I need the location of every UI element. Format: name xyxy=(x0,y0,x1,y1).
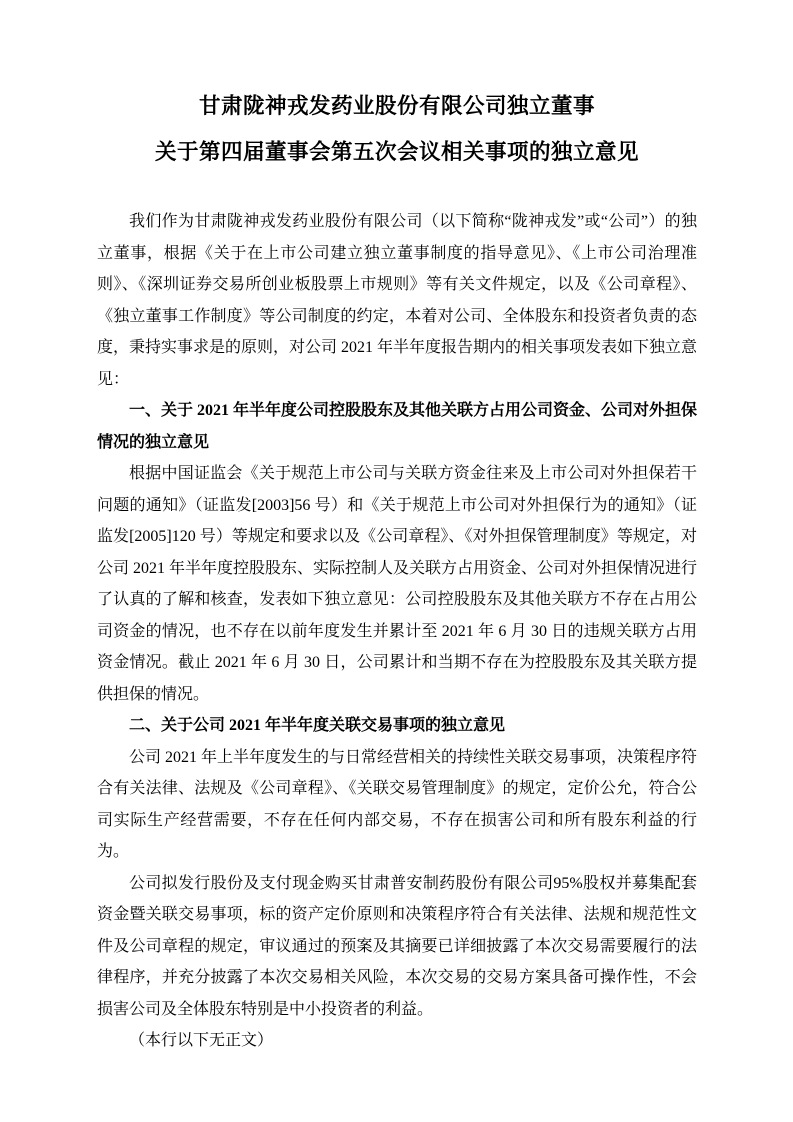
document-title-line-2: 关于第四届董事会第五次会议相关事项的独立意见 xyxy=(97,129,697,175)
document-title: 甘肃陇神戎发药业股份有限公司独立董事 关于第四届董事会第五次会议相关事项的独立意… xyxy=(97,83,697,175)
section-2-paragraph-2: 公司拟发行股份及支付现金购买甘肃普安制药股份有限公司95%股权并募集配套资金暨关… xyxy=(97,868,697,1026)
document-title-line-1: 甘肃陇神戎发药业股份有限公司独立董事 xyxy=(97,83,697,129)
section-2-paragraph-1: 公司 2021 年上半年度发生的与日常经营相关的持续性关联交易事项，决策程序符合… xyxy=(97,742,697,868)
section-2-heading: 二、关于公司 2021 年半年度关联交易事项的独立意见 xyxy=(97,710,697,742)
document-page: 甘肃陇神戎发药业股份有限公司独立董事 关于第四届董事会第五次会议相关事项的独立意… xyxy=(0,0,793,1122)
section-1-paragraph: 根据中国证监会《关于规范上市公司与关联方资金往来及上市公司对外担保若干问题的通知… xyxy=(97,458,697,710)
closing-note: （本行以下无正文） xyxy=(97,1025,697,1057)
intro-paragraph: 我们作为甘肃陇神戎发药业股份有限公司（以下简称“陇神戎发”或“公司”）的独立董事… xyxy=(97,206,697,395)
section-1-heading: 一、关于 2021 年半年度公司控股股东及其他关联方占用公司资金、公司对外担保情… xyxy=(97,395,697,458)
document-body: 我们作为甘肃陇神戎发药业股份有限公司（以下简称“陇神戎发”或“公司”）的独立董事… xyxy=(97,206,697,1057)
